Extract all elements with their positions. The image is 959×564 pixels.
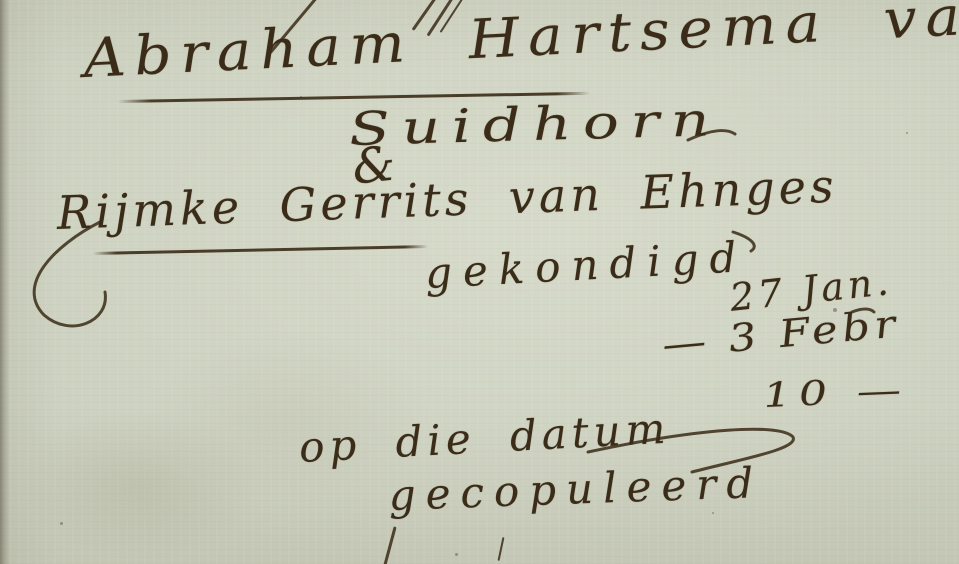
cutoff-stroke-bottom bbox=[498, 537, 505, 561]
paper-speck bbox=[712, 512, 714, 514]
paper-speck bbox=[906, 132, 908, 134]
fee-line: 10 — bbox=[762, 373, 910, 413]
groom-place-line: Suidhorn bbox=[348, 96, 722, 152]
groom-name-line: Abraham Hartsema van bbox=[82, 0, 959, 86]
paper-stain bbox=[20, 410, 260, 560]
paper-speck bbox=[60, 522, 63, 525]
page-edge-shadow bbox=[0, 0, 10, 564]
proclamation-word: gekondigd bbox=[424, 236, 748, 295]
banns-date-second: — 3 Febr bbox=[660, 304, 902, 363]
cutoff-stroke-bottom bbox=[382, 526, 396, 564]
bride-name-line: Rijmke Gerrits van Ehnges bbox=[56, 163, 838, 236]
marriage-note-line1: op die datum bbox=[298, 408, 671, 469]
register-page-scan: Abraham Hartsema van Suidhorn & Rijmke G… bbox=[0, 0, 959, 564]
paper-speck bbox=[455, 553, 458, 556]
bride-name-underline bbox=[93, 245, 428, 255]
marriage-note-line2: gecopuleerd bbox=[388, 462, 764, 517]
